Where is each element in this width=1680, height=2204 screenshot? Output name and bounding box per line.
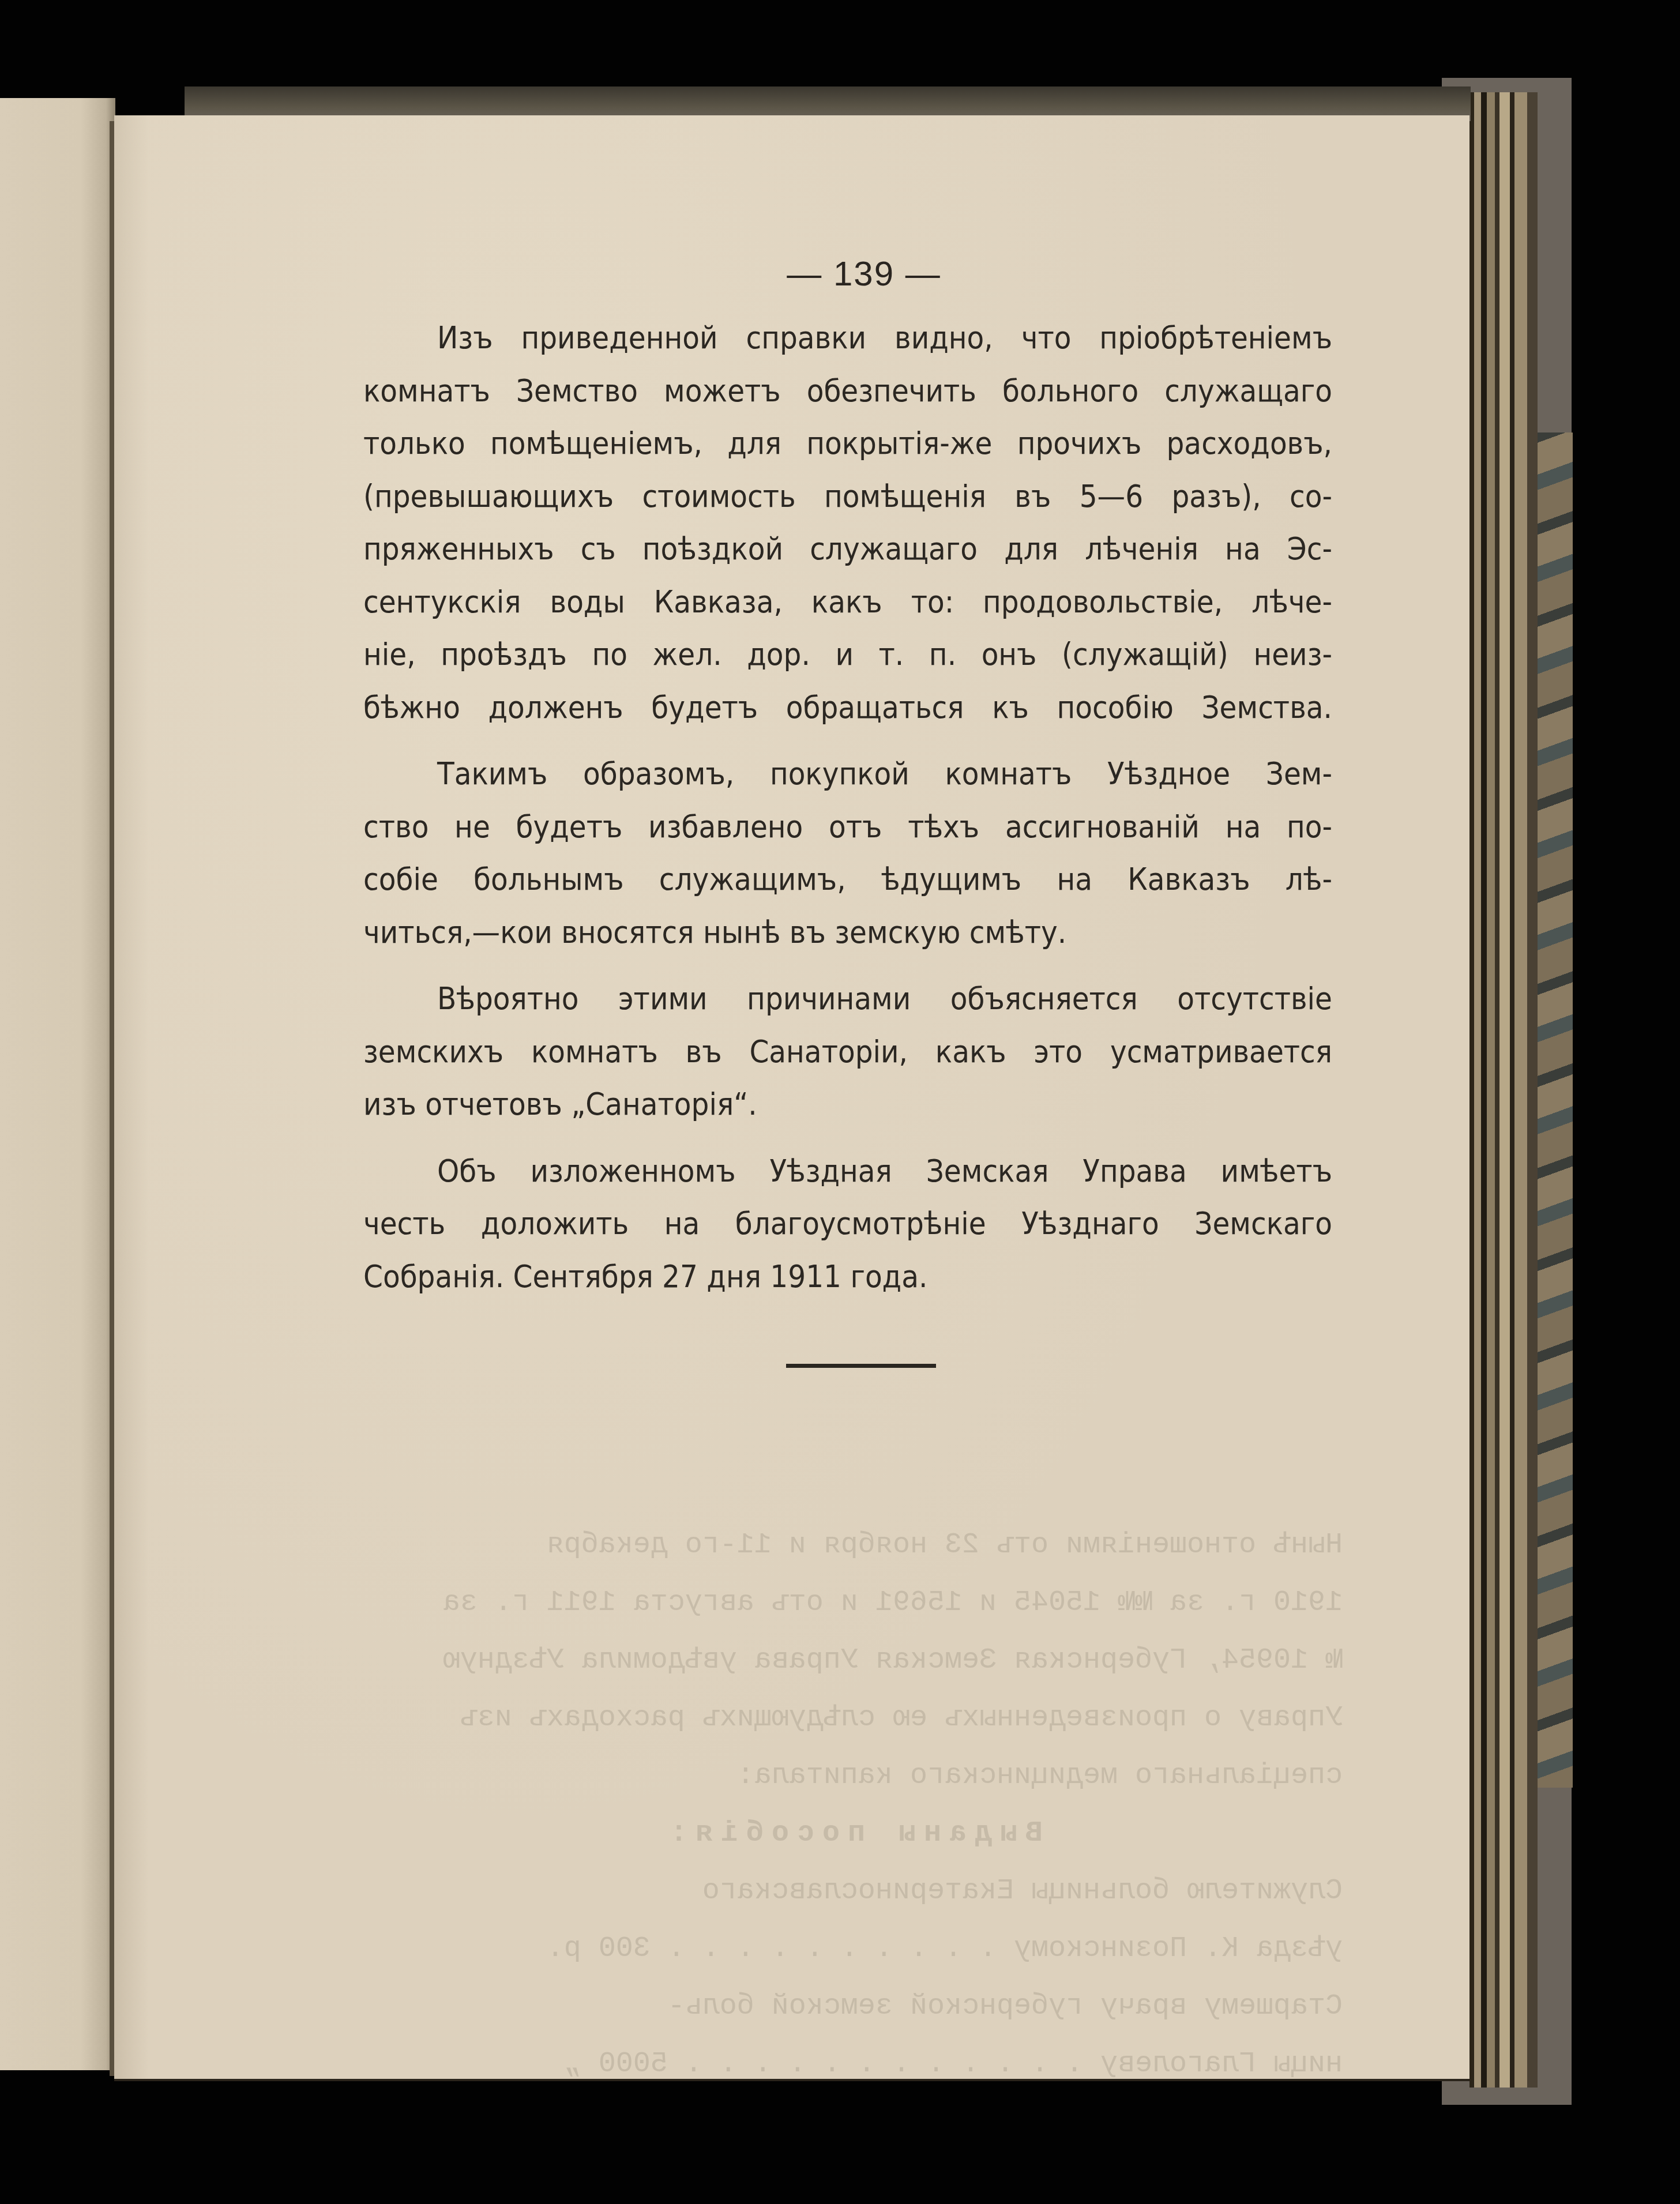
paragraph-3: Вѣроятно этими причинами объясняется отс… <box>363 972 1332 1131</box>
section-separator-rule <box>786 1364 936 1368</box>
reverse-page-bleed-through: Нынѣ отношеніями отъ 23 ноября и 11-го д… <box>362 1517 1343 2093</box>
paragraph-1: Изъ приведенной справки видно, что пріоб… <box>363 311 1332 734</box>
text-line: собіе больнымъ служащимъ, ѣдущимъ на Кав… <box>363 853 1332 906</box>
text-line: Такимъ образомъ, покупкой комнатъ Уѣздно… <box>363 747 1332 800</box>
page-body-text: Изъ приведенной справки видно, что пріоб… <box>363 311 1332 1317</box>
text-line: комнатъ Земство можетъ обезпечить больно… <box>363 364 1332 418</box>
text-line: Изъ приведенной справки видно, что пріоб… <box>363 311 1332 364</box>
text-line: бѣжно долженъ будетъ обращаться къ пособ… <box>363 681 1332 734</box>
bleed-heading: Выданы пособія: <box>362 1805 1343 1863</box>
page-number: — 139 — <box>114 254 1614 294</box>
bleed-line: спеціальнаго медицинскаго капитала: <box>362 1747 1343 1805</box>
torn-marbled-endpaper <box>1535 432 1573 1788</box>
text-line: Собранія. Сентября 27 дня 1911 года. <box>363 1250 1332 1303</box>
text-line: изъ отчетовъ „Санаторія“. <box>363 1078 1332 1131</box>
text-line: ство не будетъ избавлено отъ тѣхъ ассигн… <box>363 800 1332 853</box>
bleed-line: ницы Глаголеву . . . . . . . . . . . . 5… <box>362 2036 1343 2093</box>
bleed-line: Нынѣ отношеніями отъ 23 ноября и 11-го д… <box>362 1517 1343 1574</box>
page-block-edges <box>1469 92 1538 2088</box>
bleed-line: Старшему врачу губернской земской боль- <box>362 1978 1343 2036</box>
text-line: читься,—кои вносятся нынѣ въ земскую смѣ… <box>363 906 1332 959</box>
book-page: — 139 — Изъ приведенной справки видно, ч… <box>114 115 1469 2079</box>
text-line: сентукскія воды Кавказа, какъ то: продов… <box>363 576 1332 629</box>
bleed-line: Управу о произведенныхъ ею слѣдующихъ ра… <box>362 1690 1343 1747</box>
text-line: ніе, проѣздъ по жел. дор. и т. п. онъ (с… <box>363 628 1332 681</box>
bleed-line: № 10954, Губернская Земская Управа увѣдо… <box>362 1632 1343 1690</box>
bleed-line: Служителю больницы Екатеринославскаго <box>362 1863 1343 1920</box>
text-line: Объ изложенномъ Уѣздная Земская Управа и… <box>363 1145 1332 1198</box>
text-line: честь доложить на благоусмотрѣніе Уѣздна… <box>363 1197 1332 1250</box>
paragraph-2: Такимъ образомъ, покупкой комнатъ Уѣздно… <box>363 747 1332 958</box>
bleed-line: уѣзда К. Позинскому . . . . . . . . . . … <box>362 1920 1343 1978</box>
bleed-line: 1910 г. за №№ 15045 и 15691 и отъ август… <box>362 1574 1343 1632</box>
text-line: пряженныхъ съ поѣздкой служащаго для лѣч… <box>363 522 1332 576</box>
paragraph-4: Объ изложенномъ Уѣздная Земская Управа и… <box>363 1145 1332 1303</box>
book-gutter <box>110 121 114 2076</box>
text-line: (превышающихъ стоимость помѣщенія въ 5—6… <box>363 470 1332 523</box>
text-line: земскихъ комнатъ въ Санаторіи, какъ это … <box>363 1025 1332 1078</box>
previous-page-edge <box>0 98 115 2070</box>
text-line: только помѣщеніемъ, для покрытія-же проч… <box>363 417 1332 470</box>
text-line: Вѣроятно этими причинами объясняется отс… <box>363 972 1332 1025</box>
